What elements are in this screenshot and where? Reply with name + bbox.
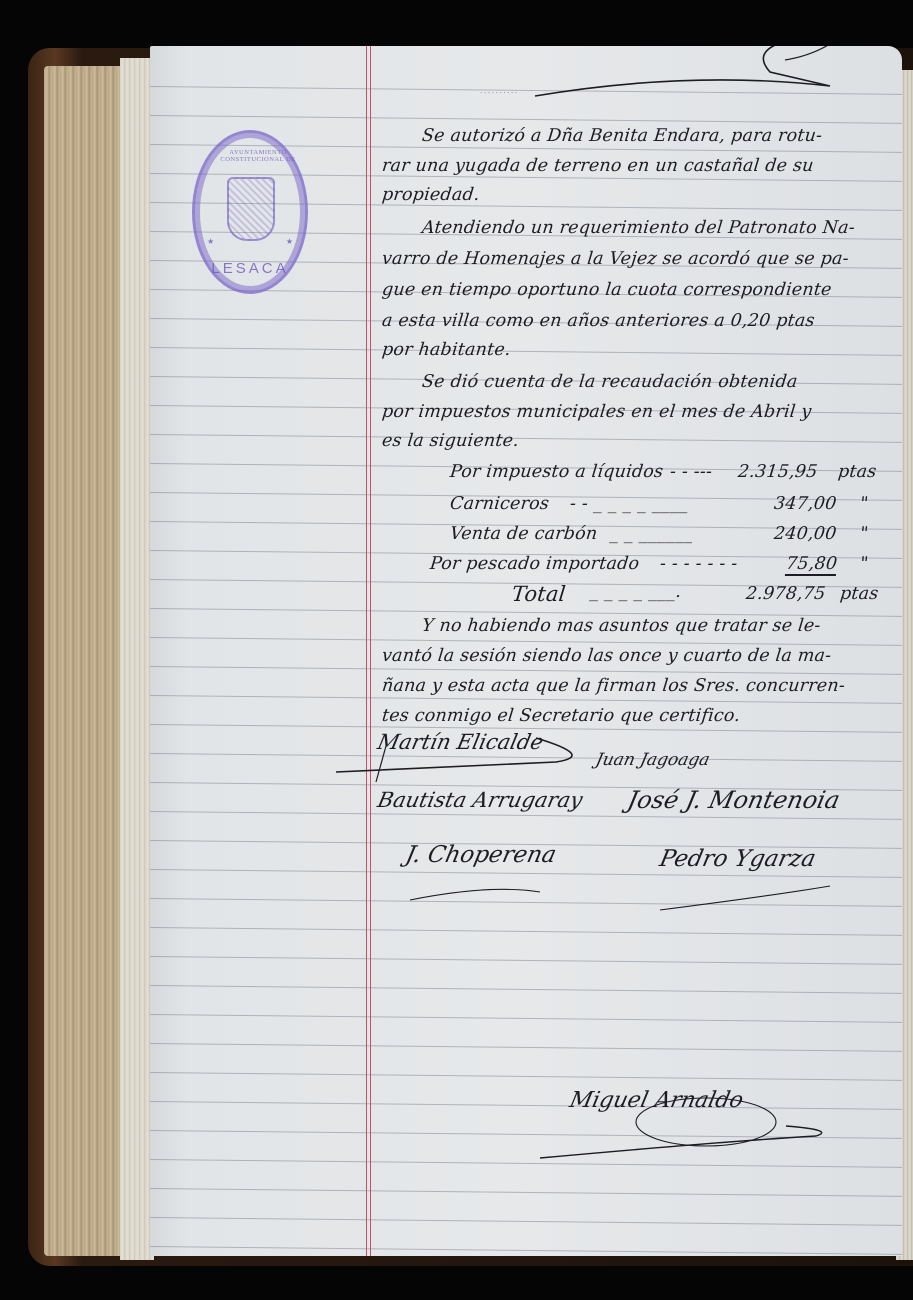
star-icon: ★ <box>207 237 214 246</box>
ledger-page: AYUNTAMIENTO CONSTITUCIONAL DE ★ ★ LESAC… <box>150 46 902 1256</box>
paragraph-3-line-1: Se dió cuenta de la recaudación obtenida <box>421 372 799 392</box>
revenue-concept: Por pescado importado <box>429 554 640 574</box>
signature-flourish <box>390 866 870 916</box>
star-icon: ★ <box>286 237 293 246</box>
municipal-stamp: AYUNTAMIENTO CONSTITUCIONAL DE ★ ★ LESAC… <box>192 130 308 294</box>
revenue-concept: Venta de carbón <box>449 524 599 544</box>
signature: Bautista Arrugaray <box>375 788 584 812</box>
signature: Juan Jagoaga <box>594 750 712 770</box>
stamp-arc-text: AYUNTAMIENTO CONSTITUCIONAL DE <box>195 149 321 163</box>
revenue-amount: 75,80 <box>785 554 838 576</box>
header-flourish <box>530 46 860 110</box>
revenue-concept: Por impuesto a líquidos <box>449 462 664 482</box>
red-margin-rule <box>366 46 367 1256</box>
signature: José J. Montenoia <box>625 786 842 814</box>
revenue-leader: - - _ _ _ _ ____ <box>569 494 690 514</box>
paragraph-2-line-2: varro de Homenajes a la Vejez se acordó … <box>381 249 850 269</box>
paragraph-3-line-3: es la siguiente. <box>381 431 520 451</box>
closing-line-1: Y no habiendo mas asuntos que tratar se … <box>421 616 822 636</box>
revenue-total-amount: 2.978,75 <box>745 584 827 604</box>
faint-header-mark: .......... <box>479 86 519 96</box>
revenue-amount: 347,00 <box>773 494 838 514</box>
closing-line-2: vantó la sesión siendo las once y cuarto… <box>381 646 832 666</box>
signature-flourish <box>536 1086 856 1166</box>
paragraph-3-line-2: por impuestos municipales en el mes de A… <box>381 402 813 422</box>
closing-line-4: tes conmigo el Secretario que certifico. <box>381 706 741 726</box>
revenue-leader: _ _ ______ <box>609 524 694 544</box>
revenue-unit: ptas <box>839 584 880 604</box>
signature: J. Choperena <box>403 842 558 868</box>
coat-of-arms-icon <box>227 177 275 241</box>
paragraph-2-line-1: Atendiendo un requerimiento del Patronat… <box>421 218 856 238</box>
revenue-amount: 240,00 <box>773 524 838 544</box>
revenue-total-label: Total <box>511 582 567 606</box>
page-edges-inner <box>120 58 154 1260</box>
paragraph-2-line-4: a esta villa como en años anteriores a 0… <box>381 311 816 331</box>
closing-line-3: ñana y esta acta que la firman los Sres.… <box>381 676 846 696</box>
revenue-leader: - - --- <box>669 462 713 482</box>
paragraph-1-line-3: propiedad. <box>381 185 481 205</box>
paragraph-1-line-2: rar una yugada de terreno en un castañal… <box>381 156 815 176</box>
paragraph-1-line-1: Se autorizó a Dña Benita Endara, para ro… <box>421 126 823 146</box>
revenue-concept: Carniceros <box>449 494 550 514</box>
revenue-unit: ptas <box>837 462 878 482</box>
page-edges-left <box>44 66 124 1256</box>
stamp-town-name: LESACA <box>195 260 305 277</box>
revenue-leader: _ _ _ _ ___. <box>589 582 683 602</box>
signature-flourish <box>336 736 606 786</box>
revenue-amount: 2.315,95 <box>737 462 819 482</box>
paragraph-2-line-5: por habitante. <box>381 340 512 360</box>
paragraph-2-line-3: gue en tiempo oportuno la cuota correspo… <box>381 280 833 300</box>
revenue-leader: - - - - - - - <box>659 554 738 574</box>
